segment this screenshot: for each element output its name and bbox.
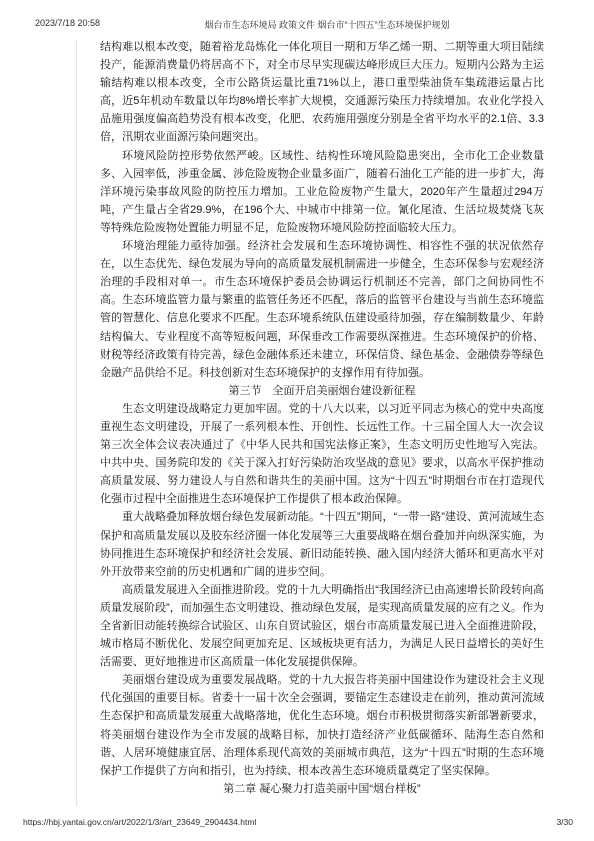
section-heading: 第三节 全面开启美丽烟台建设新征程: [100, 382, 544, 400]
paragraph: 重大战略叠加释放烟台绿色发展新动能。“十四五”期间，“一带一路”建设、黄河流域生…: [100, 508, 544, 580]
paragraph: 生态文明建设战略定力更加牢固。党的十八大以来，以习近平同志为核心的党中央高度重视…: [100, 400, 544, 509]
chapter-heading: 第二章 凝心聚力打造美丽中国“烟台样板”: [100, 780, 544, 798]
print-timestamp: 2023/7/18 20:58: [35, 18, 100, 28]
content-left-divider: [76, 40, 77, 806]
print-preview-page: 2023/7/18 20:58 烟台市生态环境局 政策文件 烟台市“十四五”生态…: [0, 0, 594, 841]
paragraph: 环境风险防控形势依然严峻。区域性、结构性环境风险隐患突出，全市化工企业数量多、入…: [100, 147, 544, 237]
article-body: 结构难以根本改变，随着裕龙岛炼化一体化项目一期和万华乙烯一期、二期等重大项目陆续…: [100, 38, 544, 798]
paragraph: 美丽烟台建设成为重要发展战略。党的十九大报告将美丽中国建设作为建设社会主义现代化…: [100, 671, 544, 780]
paragraph: 环境治理能力亟待加强。经济社会发展和生态环境协调性、相容性不强的状况依然存在，以…: [100, 237, 544, 382]
document-title-header: 烟台市生态环境局 政策文件 烟台市“十四五”生态环境保护规划: [120, 18, 534, 31]
paragraph: 结构难以根本改变，随着裕龙岛炼化一体化项目一期和万华乙烯一期、二期等重大项目陆续…: [100, 38, 544, 147]
print-source-url: https://hbj.yantai.gov.cn/art/2022/1/3/a…: [23, 817, 256, 827]
paragraph: 高质量发展进入全面推进阶段。党的十九大明确指出“我国经济已由高速增长阶段转向高质…: [100, 581, 544, 671]
print-page-indicator: 3/30: [556, 817, 573, 827]
